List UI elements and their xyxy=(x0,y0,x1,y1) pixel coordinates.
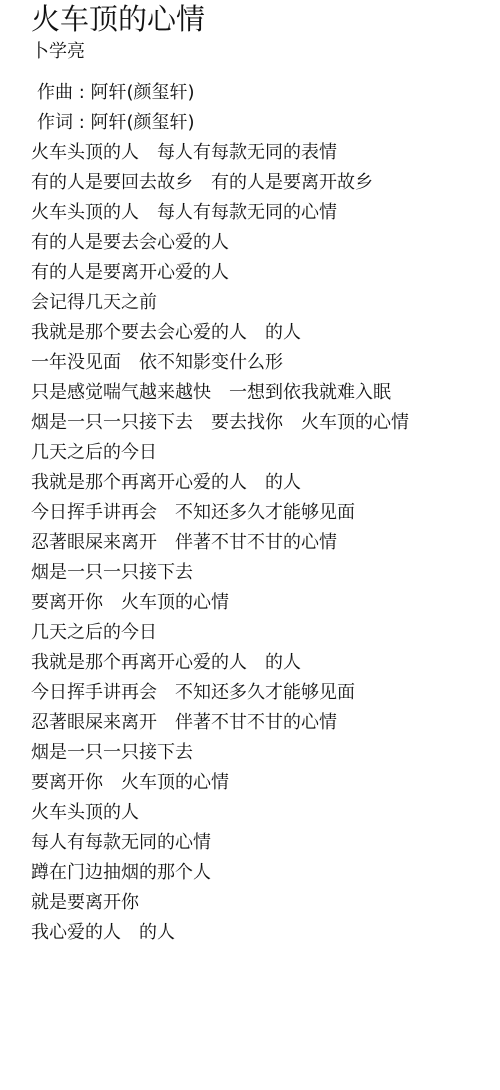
lyrics-list: 作曲 : 阿轩(颜玺轩) 作词 : 阿轩(颜玺轩) 火车头顶的人 每人有每款无同… xyxy=(31,78,491,948)
lyric-line: 我心爱的人 的人 xyxy=(31,918,491,948)
lyric-line: 就是要离开你 xyxy=(31,888,491,918)
lyric-line: 只是感觉喘气越来越快 一想到依我就难入眠 xyxy=(31,378,491,408)
lyric-line: 忍著眼屎来离开 伴著不甘不甘的心情 xyxy=(31,708,491,738)
lyric-line: 有的人是要回去故乡 有的人是要离开故乡 xyxy=(31,168,491,198)
lyric-line: 几天之后的今日 xyxy=(31,618,491,648)
lyric-line: 要离开你 火车顶的心情 xyxy=(31,768,491,798)
lyric-line: 烟是一只一只接下去 xyxy=(31,738,491,768)
lyric-line: 火车头顶的人 每人有每款无同的心情 xyxy=(31,198,491,228)
lyric-line: 几天之后的今日 xyxy=(31,438,491,468)
lyric-line: 烟是一只一只接下去 要去找你 火车顶的心情 xyxy=(31,408,491,438)
lyric-line: 火车头顶的人 每人有每款无同的表情 xyxy=(31,138,491,168)
artist-name: 卜学亮 xyxy=(31,38,491,78)
lyric-line: 我就是那个要去会心爱的人 的人 xyxy=(31,318,491,348)
lyric-line: 我就是那个再离开心爱的人 的人 xyxy=(31,468,491,498)
lyric-line: 会记得几天之前 xyxy=(31,288,491,318)
credit-composer: 作曲 : 阿轩(颜玺轩) xyxy=(31,78,491,108)
lyric-line: 有的人是要离开心爱的人 xyxy=(31,258,491,288)
lyric-line: 烟是一只一只接下去 xyxy=(31,558,491,588)
lyrics-page: 火车顶的心情 卜学亮 作曲 : 阿轩(颜玺轩) 作词 : 阿轩(颜玺轩) 火车头… xyxy=(31,0,491,948)
song-title: 火车顶的心情 xyxy=(31,0,491,38)
lyric-line: 今日挥手讲再会 不知还多久才能够见面 xyxy=(31,498,491,528)
credit-lyricist: 作词 : 阿轩(颜玺轩) xyxy=(31,108,491,138)
lyric-line: 每人有每款无同的心情 xyxy=(31,828,491,858)
lyric-line: 一年没见面 依不知影变什么形 xyxy=(31,348,491,378)
lyric-line: 蹲在门边抽烟的那个人 xyxy=(31,858,491,888)
lyric-line: 要离开你 火车顶的心情 xyxy=(31,588,491,618)
lyric-line: 今日挥手讲再会 不知还多久才能够见面 xyxy=(31,678,491,708)
lyric-line: 忍著眼屎来离开 伴著不甘不甘的心情 xyxy=(31,528,491,558)
lyric-line: 有的人是要去会心爱的人 xyxy=(31,228,491,258)
lyric-line: 火车头顶的人 xyxy=(31,798,491,828)
lyric-line: 我就是那个再离开心爱的人 的人 xyxy=(31,648,491,678)
